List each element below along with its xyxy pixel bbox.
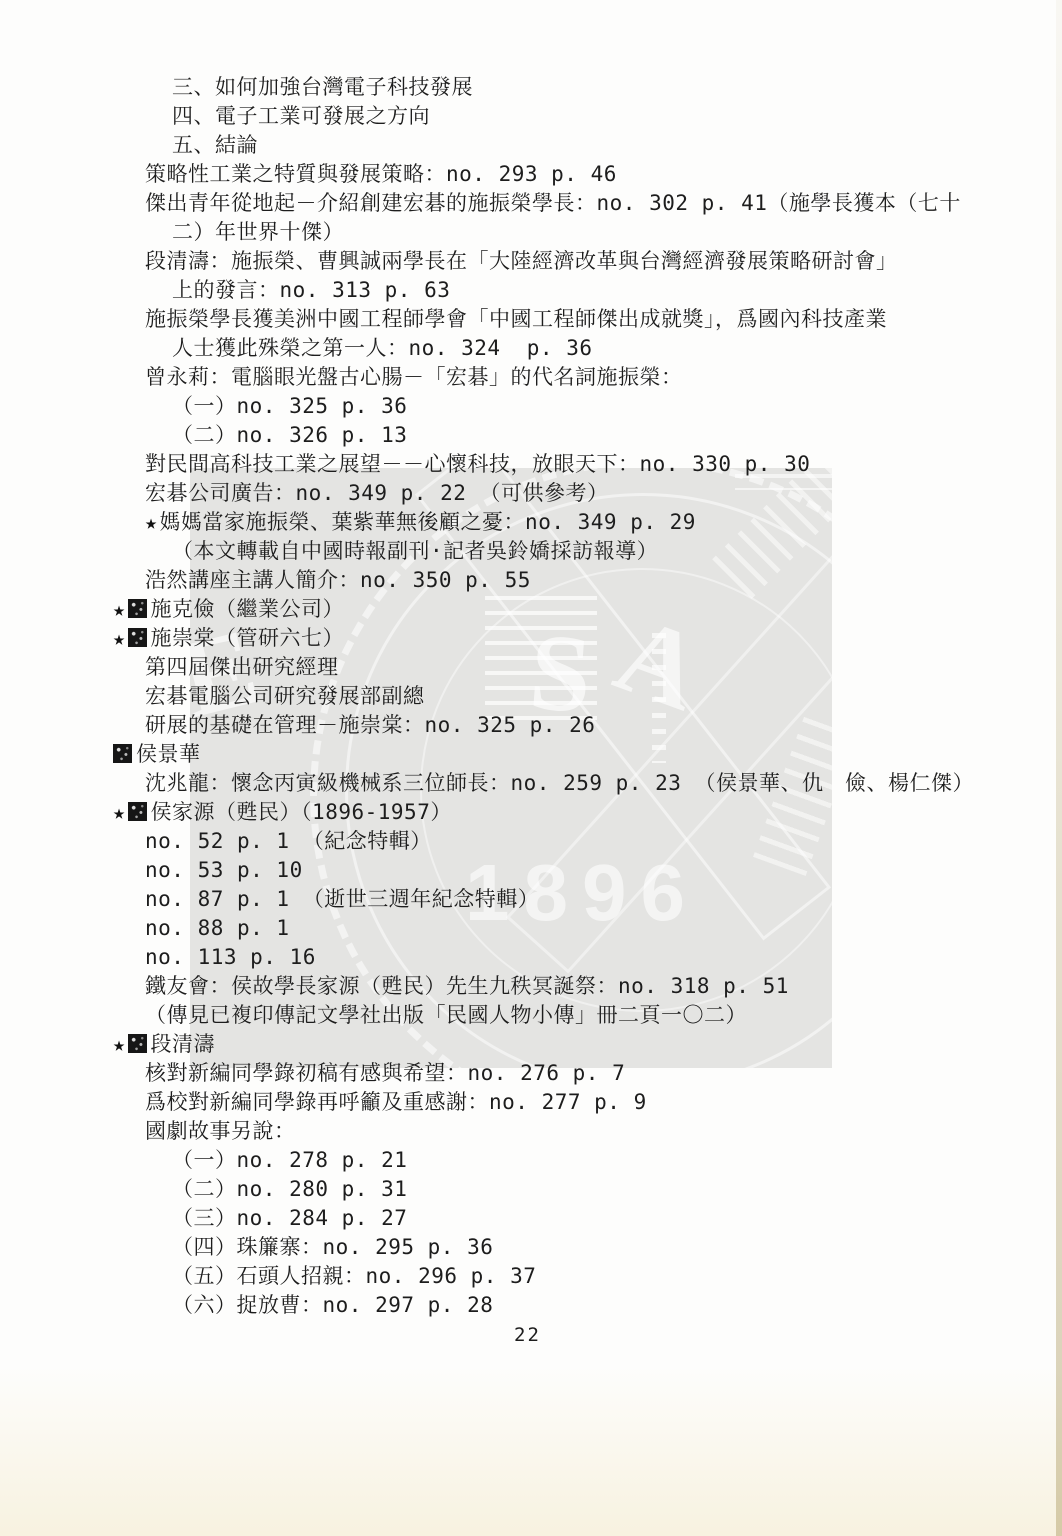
index-line-text: 段清濤 xyxy=(151,1032,216,1056)
index-line-text: 五、結論 xyxy=(172,133,258,157)
stamp-icon xyxy=(128,1034,147,1053)
index-line-text: 曾永莉：電腦眼光盤古心腸－「宏碁」的代名詞施振榮： xyxy=(145,365,683,389)
index-line-text: 施崇棠（管研六七） xyxy=(151,626,345,650)
index-line-text: （本文轉載自中國時報副刊·記者吳鈴嬌採訪報導） xyxy=(172,539,658,563)
stamp-icon xyxy=(128,628,147,647)
star-icon: ★ xyxy=(145,508,158,537)
index-line-text: 三、如何加強台灣電子科技發展 xyxy=(172,75,473,99)
index-line: 二）年世界十傑） xyxy=(0,218,1062,247)
index-line: （六）捉放曹：no. 297 p. 28 xyxy=(0,1291,1062,1320)
index-line: 上的發言：no. 313 p. 63 xyxy=(0,276,1062,305)
index-line-text: no. 88 p. 1 xyxy=(145,916,290,940)
index-line-text: 上的發言：no. 313 p. 63 xyxy=(172,278,450,302)
index-line: 三、如何加強台灣電子科技發展 xyxy=(0,73,1062,102)
scan-page-edge xyxy=(1056,0,1062,1536)
index-line-text: （二）no. 326 p. 13 xyxy=(172,423,407,447)
index-line: 核對新編同學錄初稿有感與希望：no. 276 p. 7 xyxy=(0,1059,1062,1088)
index-line: 侯景華 xyxy=(0,740,1062,769)
star-icon: ★ xyxy=(113,798,126,827)
index-line-text: 鐵友會：侯故學長家源（甦民）先生九秩冥誕祭：no. 318 p. 51 xyxy=(145,974,789,998)
index-line: ★施崇棠（管研六七） xyxy=(0,624,1062,653)
index-line-text: 對民間高科技工業之展望－－心懷科技，放眼天下：no. 330 p. 30 xyxy=(145,452,810,476)
index-line: 鐵友會：侯故學長家源（甦民）先生九秩冥誕祭：no. 318 p. 51 xyxy=(0,972,1062,1001)
index-line-text: 四、電子工業可發展之方向 xyxy=(172,104,430,128)
index-line: 第四屆傑出研究經理 xyxy=(0,653,1062,682)
index-line-text: 施克儉（繼業公司） xyxy=(151,597,345,621)
index-line-text: （三）no. 284 p. 27 xyxy=(172,1206,407,1230)
index-line: ★侯家源（甦民）（1896-1957） xyxy=(0,798,1062,827)
index-lines: 三、如何加強台灣電子科技發展四、電子工業可發展之方向五、結論策略性工業之特質與發… xyxy=(0,73,1062,1320)
index-line-text: 二）年世界十傑） xyxy=(172,220,344,244)
star-icon: ★ xyxy=(113,1030,126,1059)
index-line-text: （一）no. 325 p. 36 xyxy=(172,394,407,418)
index-line: （一）no. 278 p. 21 xyxy=(0,1146,1062,1175)
index-line-text: （六）捉放曹：no. 297 p. 28 xyxy=(172,1293,493,1317)
stamp-icon xyxy=(128,599,147,618)
stamp-icon xyxy=(128,802,147,821)
index-line-text: 段清濤：施振榮、曹興誠兩學長在「大陸經濟改革與台灣經濟發展策略研討會」 xyxy=(145,249,898,273)
index-line-text: no. 113 p. 16 xyxy=(145,945,316,969)
index-line-text: 宏碁電腦公司研究發展部副總 xyxy=(145,684,425,708)
index-line: 對民間高科技工業之展望－－心懷科技，放眼天下：no. 330 p. 30 xyxy=(0,450,1062,479)
index-line: 人士獲此殊榮之第一人：no. 324 p. 36 xyxy=(0,334,1062,363)
index-line-text: no. 52 p. 1 （紀念特輯） xyxy=(145,829,432,853)
index-line: ★段清濤 xyxy=(0,1030,1062,1059)
index-line: no. 52 p. 1 （紀念特輯） xyxy=(0,827,1062,856)
index-line: 國劇故事另說： xyxy=(0,1117,1062,1146)
index-line: 傑出青年從地起－介紹創建宏碁的施振榮學長：no. 302 p. 41（施學長獲本… xyxy=(0,189,1062,218)
index-line: （二）no. 280 p. 31 xyxy=(0,1175,1062,1204)
stamp-icon xyxy=(113,744,132,763)
index-line: （一）no. 325 p. 36 xyxy=(0,392,1062,421)
index-line: no. 113 p. 16 xyxy=(0,943,1062,972)
page-number: 22 xyxy=(514,1324,541,1346)
index-line: （四）珠簾寨：no. 295 p. 36 xyxy=(0,1233,1062,1262)
star-icon: ★ xyxy=(113,595,126,624)
index-line: no. 53 p. 10 xyxy=(0,856,1062,885)
index-line: （三）no. 284 p. 27 xyxy=(0,1204,1062,1233)
index-line-text: no. 53 p. 10 xyxy=(145,858,303,882)
index-line: no. 87 p. 1 （逝世三週年紀念特輯） xyxy=(0,885,1062,914)
index-line: 浩然講座主講人簡介：no. 350 p. 55 xyxy=(0,566,1062,595)
index-line-text: 傑出青年從地起－介紹創建宏碁的施振榮學長：no. 302 p. 41（施學長獲本… xyxy=(145,191,961,215)
index-line-text: 核對新編同學錄初稿有感與希望：no. 276 p. 7 xyxy=(145,1061,625,1085)
index-line-text: （五）石頭人招親：no. 296 p. 37 xyxy=(172,1264,536,1288)
scan-bottom-tint xyxy=(0,1366,1062,1536)
index-line: 五、結論 xyxy=(0,131,1062,160)
index-line-text: （四）珠簾寨：no. 295 p. 36 xyxy=(172,1235,493,1259)
index-line: 研展的基礎在管理－施崇棠：no. 325 p. 26 xyxy=(0,711,1062,740)
index-line-text: 施振榮學長獲美洲中國工程師學會「中國工程師傑出成就獎」，爲國內科技產業 xyxy=(145,307,887,331)
index-line-text: （一）no. 278 p. 21 xyxy=(172,1148,407,1172)
index-line-text: 沈兆龍：懷念丙寅級機械系三位師長：no. 259 p. 23 （侯景華、仇 儉、… xyxy=(145,771,974,795)
index-line: （五）石頭人招親：no. 296 p. 37 xyxy=(0,1262,1062,1291)
index-line: 宏碁公司廣告：no. 349 p. 22 （可供參考） xyxy=(0,479,1062,508)
index-line-text: 侯家源（甦民）（1896-1957） xyxy=(151,800,452,824)
index-line-text: 國劇故事另說： xyxy=(145,1119,296,1143)
index-line-text: 人士獲此殊榮之第一人：no. 324 p. 36 xyxy=(172,336,593,360)
index-line-text: no. 87 p. 1 （逝世三週年紀念特輯） xyxy=(145,887,539,911)
index-line-text: 浩然講座主講人簡介：no. 350 p. 55 xyxy=(145,568,531,592)
index-line: 宏碁電腦公司研究發展部副總 xyxy=(0,682,1062,711)
index-line-text: （傳見已複印傳記文學社出版「民國人物小傳」冊二頁一〇二） xyxy=(145,1003,747,1027)
index-line-text: 第四屆傑出研究經理 xyxy=(145,655,339,679)
index-line-text: 媽媽當家施振榮、葉紫華無後顧之憂：no. 349 p. 29 xyxy=(160,510,696,534)
index-line: 沈兆龍：懷念丙寅級機械系三位師長：no. 259 p. 23 （侯景華、仇 儉、… xyxy=(0,769,1062,798)
index-line-text: 宏碁公司廣告：no. 349 p. 22 （可供參考） xyxy=(145,481,609,505)
index-line: （傳見已複印傳記文學社出版「民國人物小傳」冊二頁一〇二） xyxy=(0,1001,1062,1030)
index-line: no. 88 p. 1 xyxy=(0,914,1062,943)
index-line: 施振榮學長獲美洲中國工程師學會「中國工程師傑出成就獎」，爲國內科技產業 xyxy=(0,305,1062,334)
index-line: 四、電子工業可發展之方向 xyxy=(0,102,1062,131)
index-line: ★施克儉（繼業公司） xyxy=(0,595,1062,624)
index-line: 段清濤：施振榮、曹興誠兩學長在「大陸經濟改革與台灣經濟發展策略研討會」 xyxy=(0,247,1062,276)
star-icon: ★ xyxy=(113,624,126,653)
index-line: （二）no. 326 p. 13 xyxy=(0,421,1062,450)
index-line: 策略性工業之特質與發展策略：no. 293 p. 46 xyxy=(0,160,1062,189)
index-line: （本文轉載自中國時報副刊·記者吳鈴嬌採訪報導） xyxy=(0,537,1062,566)
index-line-text: 研展的基礎在管理－施崇棠：no. 325 p. 26 xyxy=(145,713,595,737)
index-line: 曾永莉：電腦眼光盤古心腸－「宏碁」的代名詞施振榮： xyxy=(0,363,1062,392)
index-line-text: 策略性工業之特質與發展策略：no. 293 p. 46 xyxy=(145,162,617,186)
index-line: ★媽媽當家施振榮、葉紫華無後顧之憂：no. 349 p. 29 xyxy=(0,508,1062,537)
index-line-text: （二）no. 280 p. 31 xyxy=(172,1177,407,1201)
index-line-text: 爲校對新編同學錄再呼籲及重感謝：no. 277 p. 9 xyxy=(145,1090,647,1114)
index-line: 爲校對新編同學錄再呼籲及重感謝：no. 277 p. 9 xyxy=(0,1088,1062,1117)
index-line-text: 侯景華 xyxy=(136,742,201,766)
